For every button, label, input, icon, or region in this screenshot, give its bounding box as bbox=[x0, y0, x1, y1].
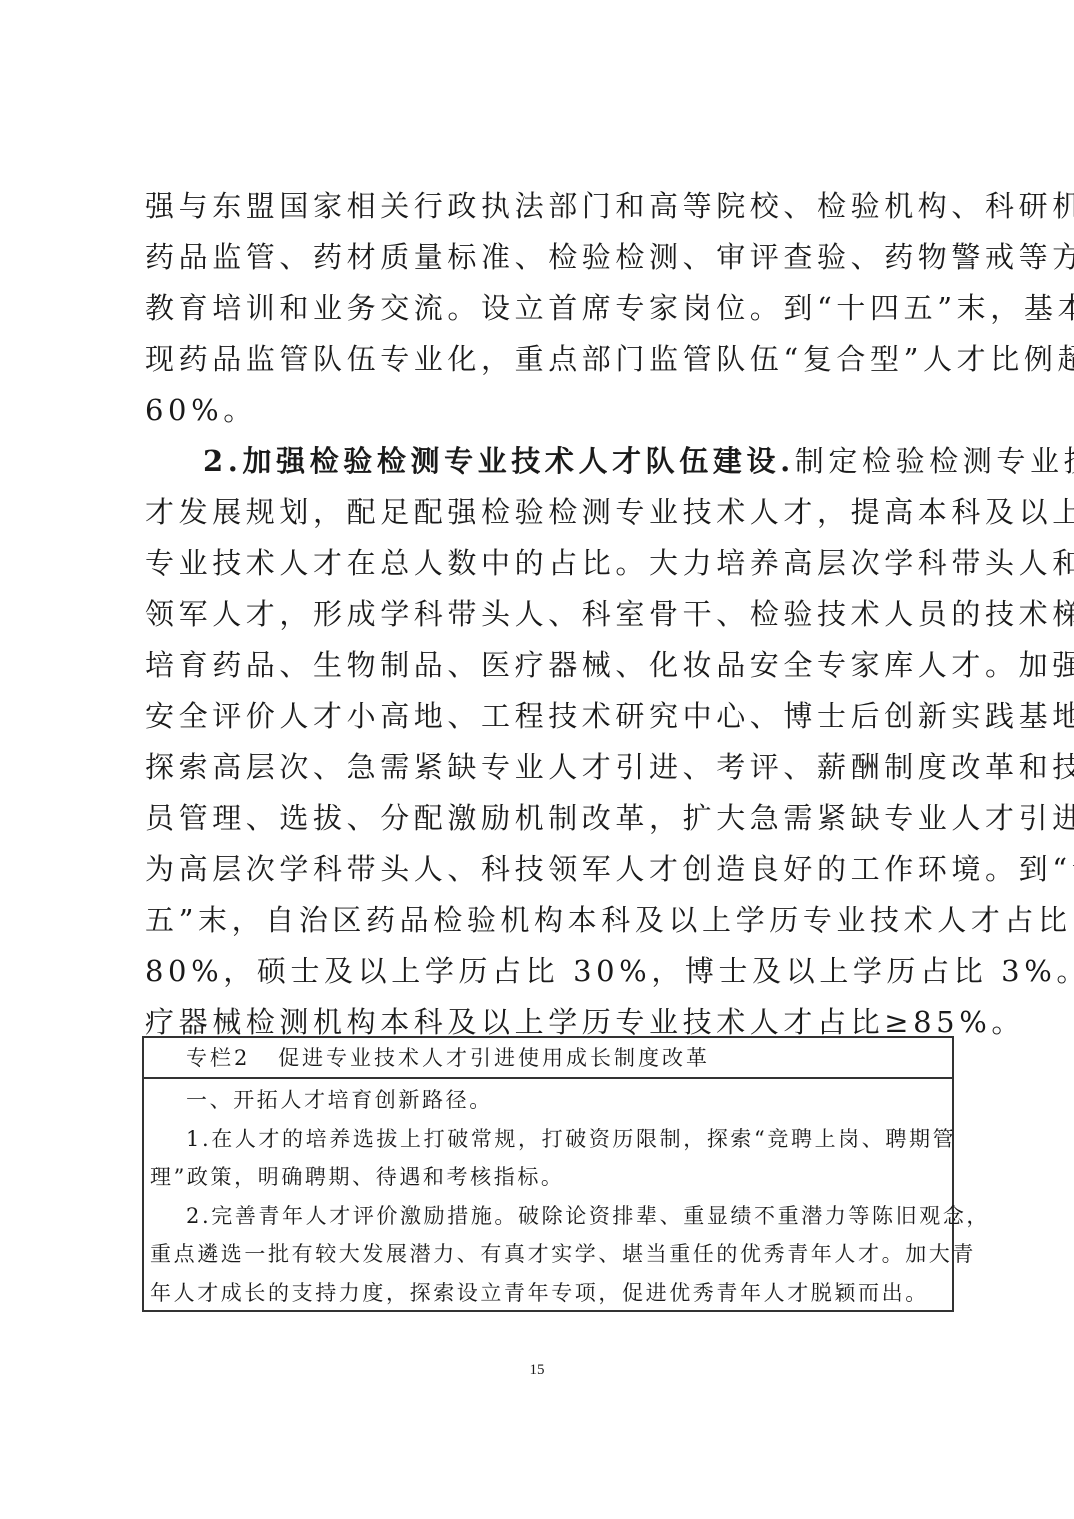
text-line: 五”末，自治区药品检验机构本科及以上学历专业技术人才占比≥ bbox=[145, 895, 957, 946]
column-box: 专栏2 促进专业技术人才引进使用成长制度改革 一、开拓人才培育创新路径。 1.在… bbox=[142, 1036, 954, 1312]
text-line: 药品监管、药材质量标准、检验检测、审评查验、药物警戒等方面的 bbox=[145, 232, 957, 283]
column-box-label: 专栏2 bbox=[186, 1046, 250, 1070]
text-line: 强与东盟国家相关行政执法部门和高等院校、检验机构、科研机构在 bbox=[145, 181, 957, 232]
text-line: 教育培训和业务交流。设立首席专家岗位。到“十四五”末，基本实 bbox=[145, 283, 957, 334]
text-line: 2.完善青年人才评价激励措施。破除论资排辈、重显绩不重潜力等陈旧观念， bbox=[150, 1197, 946, 1236]
document-page: 强与东盟国家相关行政执法部门和高等院校、检验机构、科研机构在 药品监管、药材质量… bbox=[0, 0, 1074, 1519]
text-line: 年人才成长的支持力度，探索设立青年专项，促进优秀青年人才脱颖而出。 bbox=[150, 1274, 946, 1313]
text-line: 重点遴选一批有较大发展潜力、有真才实学、堪当重任的优秀青年人才。加大青 bbox=[150, 1235, 946, 1274]
column-box-subheading: 一、开拓人才培育创新路径。 bbox=[150, 1081, 946, 1120]
column-box-body: 一、开拓人才培育创新路径。 1.在人才的培养选拔上打破常规，打破资历限制，探索“… bbox=[144, 1079, 952, 1312]
section-2-first-line: 2.加强检验检测专业技术人才队伍建设.制定检验检测专业技术人 bbox=[145, 436, 957, 487]
text-line: 探索高层次、急需紧缺专业人才引进、考评、薪酬制度改革和技术人 bbox=[145, 742, 957, 793]
text-line: 员管理、选拔、分配激励机制改革，扩大急需紧缺专业人才引进渠道， bbox=[145, 793, 957, 844]
text-line: 领军人才，形成学科带头人、科室骨干、检验技术人员的技术梯队。 bbox=[145, 589, 957, 640]
text-line: 为高层次学科带头人、科技领军人才创造良好的工作环境。到“十四 bbox=[145, 844, 957, 895]
paragraph-continuation: 强与东盟国家相关行政执法部门和高等院校、检验机构、科研机构在 药品监管、药材质量… bbox=[145, 181, 957, 436]
text-line: 理”政策，明确聘期、待遇和考核指标。 bbox=[150, 1158, 946, 1197]
column-box-header: 专栏2 促进专业技术人才引进使用成长制度改革 bbox=[144, 1038, 952, 1079]
text-line: 1.在人才的培养选拔上打破常规，打破资历限制，探索“竞聘上岗、聘期管 bbox=[150, 1120, 946, 1159]
text-run: 制定检验检测专业技术人 bbox=[795, 444, 1074, 478]
text-line: 安全评价人才小高地、工程技术研究中心、博士后创新实践基地建设。 bbox=[145, 691, 957, 742]
text-line: 才发展规划，配足配强检验检测专业技术人才，提高本科及以上学历 bbox=[145, 487, 957, 538]
section-2-paragraph: 2.加强检验检测专业技术人才队伍建设.制定检验检测专业技术人 才发展规划，配足配… bbox=[145, 436, 957, 1048]
text-line: 培育药品、生物制品、医疗器械、化妆品安全专家库人才。加强药品 bbox=[145, 640, 957, 691]
text-line: 80%，硕士及以上学历占比 30%，博士及以上学历占比 3%。自治区医 bbox=[145, 946, 957, 997]
text-line: 现药品监管队伍专业化，重点部门监管队伍“复合型”人才比例超过 bbox=[145, 334, 957, 385]
section-2-heading: 2.加强检验检测专业技术人才队伍建设. bbox=[203, 444, 795, 478]
page-number: 15 bbox=[0, 1362, 1074, 1379]
column-box-title: 促进专业技术人才引进使用成长制度改革 bbox=[278, 1046, 710, 1070]
text-line: 60%。 bbox=[145, 385, 957, 436]
text-line: 专业技术人才在总人数中的占比。大力培养高层次学科带头人和科技 bbox=[145, 538, 957, 589]
